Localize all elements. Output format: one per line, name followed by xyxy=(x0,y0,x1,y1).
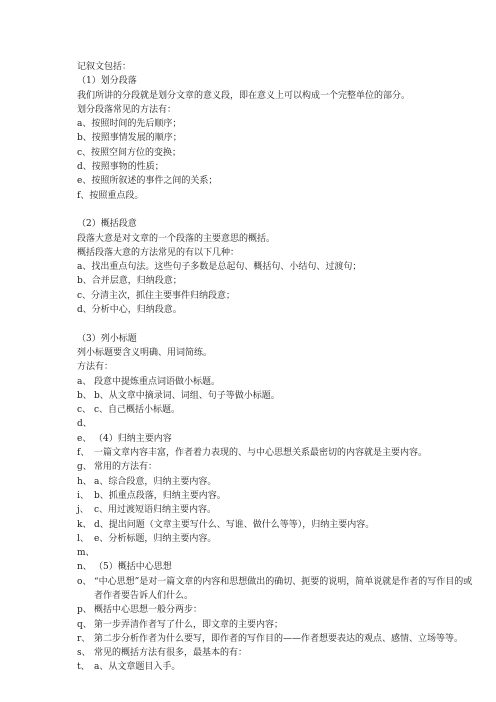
list-item: e、按照所叙述的事件之间的关系； xyxy=(77,174,477,188)
list-item: f、一篇文章内容丰富，作者着力表现的、与中心思想关系最密切的内容就是主要内容。 xyxy=(77,446,477,460)
list-item: b、b、从文章中摘录词、词组、句子等做小标题。 xyxy=(77,389,477,403)
blank-line xyxy=(77,317,477,331)
section-1-methods-intro: 划分段落常见的方法有： xyxy=(77,103,477,117)
intro-line: 记叙文包括： xyxy=(77,60,477,74)
section-5-heading: n、（5）概括中心思想 xyxy=(77,560,477,574)
list-item: r、第二步分析作者为什么要写，即作者的写作目的——作者想要表达的观点、感情、立场… xyxy=(77,632,477,646)
list-item: i、b、抓重点段落，归纳主要内容。 xyxy=(77,489,477,503)
list-item: f、按照重点段。 xyxy=(77,189,477,203)
blank-line xyxy=(77,203,477,217)
list-item: d、分析中心，归纳段意。 xyxy=(77,303,477,317)
section-4-heading: e、（4）归纳主要内容 xyxy=(77,432,477,446)
list-item: c、分清主次，抓住主要事件归纳段意； xyxy=(77,289,477,303)
section-2-definition: 段落大意是对文章的一个段落的主要意思的概括。 xyxy=(77,232,477,246)
list-item: b、合并层意，归纳段意； xyxy=(77,274,477,288)
section-3-methods-intro: 方法有： xyxy=(77,360,477,374)
list-item: b、按照事情发展的顺序； xyxy=(77,131,477,145)
list-item: k、d、提出问题（文章主要写什么、写谁、做什么等等），归纳主要内容。 xyxy=(77,518,477,532)
document-page: 记叙文包括： （1）划分段落 我们所讲的分段就是划分文章的意义段，即在意义上可以… xyxy=(77,60,477,675)
section-3-definition: 列小标题要含义明确、用词简练。 xyxy=(77,346,477,360)
list-item: o、“中心思想”是对一篇文章的内容和思想做出的确切、扼要的说明，简单说就是作者的… xyxy=(77,575,477,604)
list-item: g、常用的方法有： xyxy=(77,460,477,474)
section-2-heading: （2）概括段意 xyxy=(77,217,477,231)
list-item: l、e、分析标题，归纳主要内容。 xyxy=(77,532,477,546)
list-item: m、 xyxy=(77,546,477,560)
list-item: d、按照事物的性质； xyxy=(77,160,477,174)
list-item: a、找出重点句法。这些句子多数是总起句、概括句、小结句、过渡句； xyxy=(77,260,477,274)
section-1-heading: （1）划分段落 xyxy=(77,74,477,88)
list-item: a、段意中提炼重点词语做小标题。 xyxy=(77,375,477,389)
list-item: a、按照时间的先后顺序； xyxy=(77,117,477,131)
section-2-methods-intro: 概括段落大意的方法常见的有以下几种： xyxy=(77,246,477,260)
list-item: c、c、自己概括小标题。 xyxy=(77,403,477,417)
section-3-heading: （3）列小标题 xyxy=(77,332,477,346)
list-item: h、a、综合段意，归纳主要内容。 xyxy=(77,475,477,489)
list-item: j、c、用过渡短语归纳主要内容。 xyxy=(77,503,477,517)
section-1-definition: 我们所讲的分段就是划分文章的意义段，即在意义上可以构成一个完整单位的部分。 xyxy=(77,89,477,103)
list-item: t、a、从文章题目入手。 xyxy=(77,660,477,674)
list-item: d、 xyxy=(77,417,477,431)
list-item: c、按照空间方位的变换； xyxy=(77,146,477,160)
list-item: p、概括中心思想一般分两步： xyxy=(77,603,477,617)
list-item: s、常见的概括方法有很多，最基本的有： xyxy=(77,646,477,660)
list-item: q、第一步弄清作者写了什么，即文章的主要内容； xyxy=(77,618,477,632)
